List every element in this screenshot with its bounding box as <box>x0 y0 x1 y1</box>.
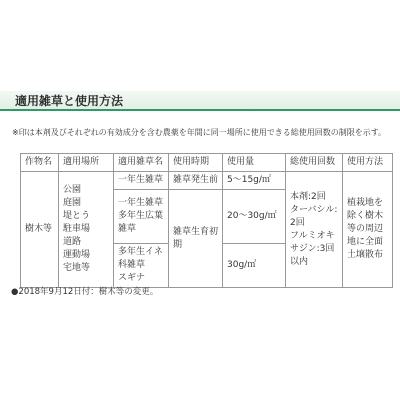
place-cell: 公園 庭園 堤とう 駐車場 道路 運動場 宅地等 <box>59 172 114 288</box>
amount-cell: 30g/㎡ <box>223 244 286 288</box>
column-header-method: 使用方法 <box>343 154 393 172</box>
count-item: フルミオキサジン:3回以内 <box>290 230 338 269</box>
count-item: ターバシル:2回 <box>290 204 338 230</box>
method-cell: 植栽地を除く樹木等の周辺地に全面土壌散布 <box>343 172 393 288</box>
table-header-row: 作物名 適用場所 適用雑草名 使用時期 使用量 総使用回数 使用方法 <box>21 154 393 172</box>
column-header-time: 使用時期 <box>169 154 223 172</box>
time-cell: 雑草発生前 <box>169 172 223 190</box>
place-item: 道路 <box>63 236 109 249</box>
section-title: 適用雑草と使用方法 <box>15 92 123 109</box>
place-item: 堤とう <box>63 210 109 223</box>
usage-note: ※印は本剤及びそれぞれの有効成分を含む農薬を年間に同一場所に使用できる総使用回数… <box>12 127 394 138</box>
weed-item: 多年生広葉雑草 <box>118 210 164 236</box>
table-row: 樹木等 公園 庭園 堤とう 駐車場 道路 運動場 宅地等 一年生雑草 雑草発生前… <box>21 172 393 190</box>
column-header-weed: 適用雑草名 <box>114 154 169 172</box>
amount-cell: 5〜15g/㎡ <box>223 172 286 190</box>
weed-item: 多年生イネ科雑草 <box>118 246 164 272</box>
weed-item: スギナ <box>118 272 164 285</box>
weed-cell: 一年生雑草 多年生広葉雑草 <box>114 190 169 244</box>
column-header-count: 総使用回数 <box>286 154 343 172</box>
crop-name-cell: 樹木等 <box>21 172 59 288</box>
revision-note: ●2018年9月12日付：樹木等の変更。 <box>11 285 391 297</box>
weed-cell: 多年生イネ科雑草 スギナ <box>114 244 169 288</box>
amount-cell: 20〜30g/㎡ <box>223 190 286 244</box>
column-header-amount: 使用量 <box>223 154 286 172</box>
place-item: 運動場 <box>63 249 109 262</box>
weed-item: 一年生雑草 <box>118 174 164 187</box>
usage-table: 作物名 適用場所 適用雑草名 使用時期 使用量 総使用回数 使用方法 樹木等 公… <box>20 153 393 288</box>
section-title-bar: 適用雑草と使用方法 <box>0 91 400 111</box>
count-item: 本剤:2回 <box>290 191 338 204</box>
place-item: 庭園 <box>63 197 109 210</box>
column-header-crop: 作物名 <box>21 154 59 172</box>
weed-cell: 一年生雑草 <box>114 172 169 190</box>
count-cell: 本剤:2回 ターバシル:2回 フルミオキサジン:3回以内 <box>286 172 343 288</box>
place-item: 宅地等 <box>63 262 109 275</box>
place-item: 駐車場 <box>63 223 109 236</box>
time-cell: 雑草生育初期 <box>169 190 223 288</box>
column-header-place: 適用場所 <box>59 154 114 172</box>
weed-item: 一年生雑草 <box>118 197 164 210</box>
place-item: 公園 <box>63 184 109 197</box>
